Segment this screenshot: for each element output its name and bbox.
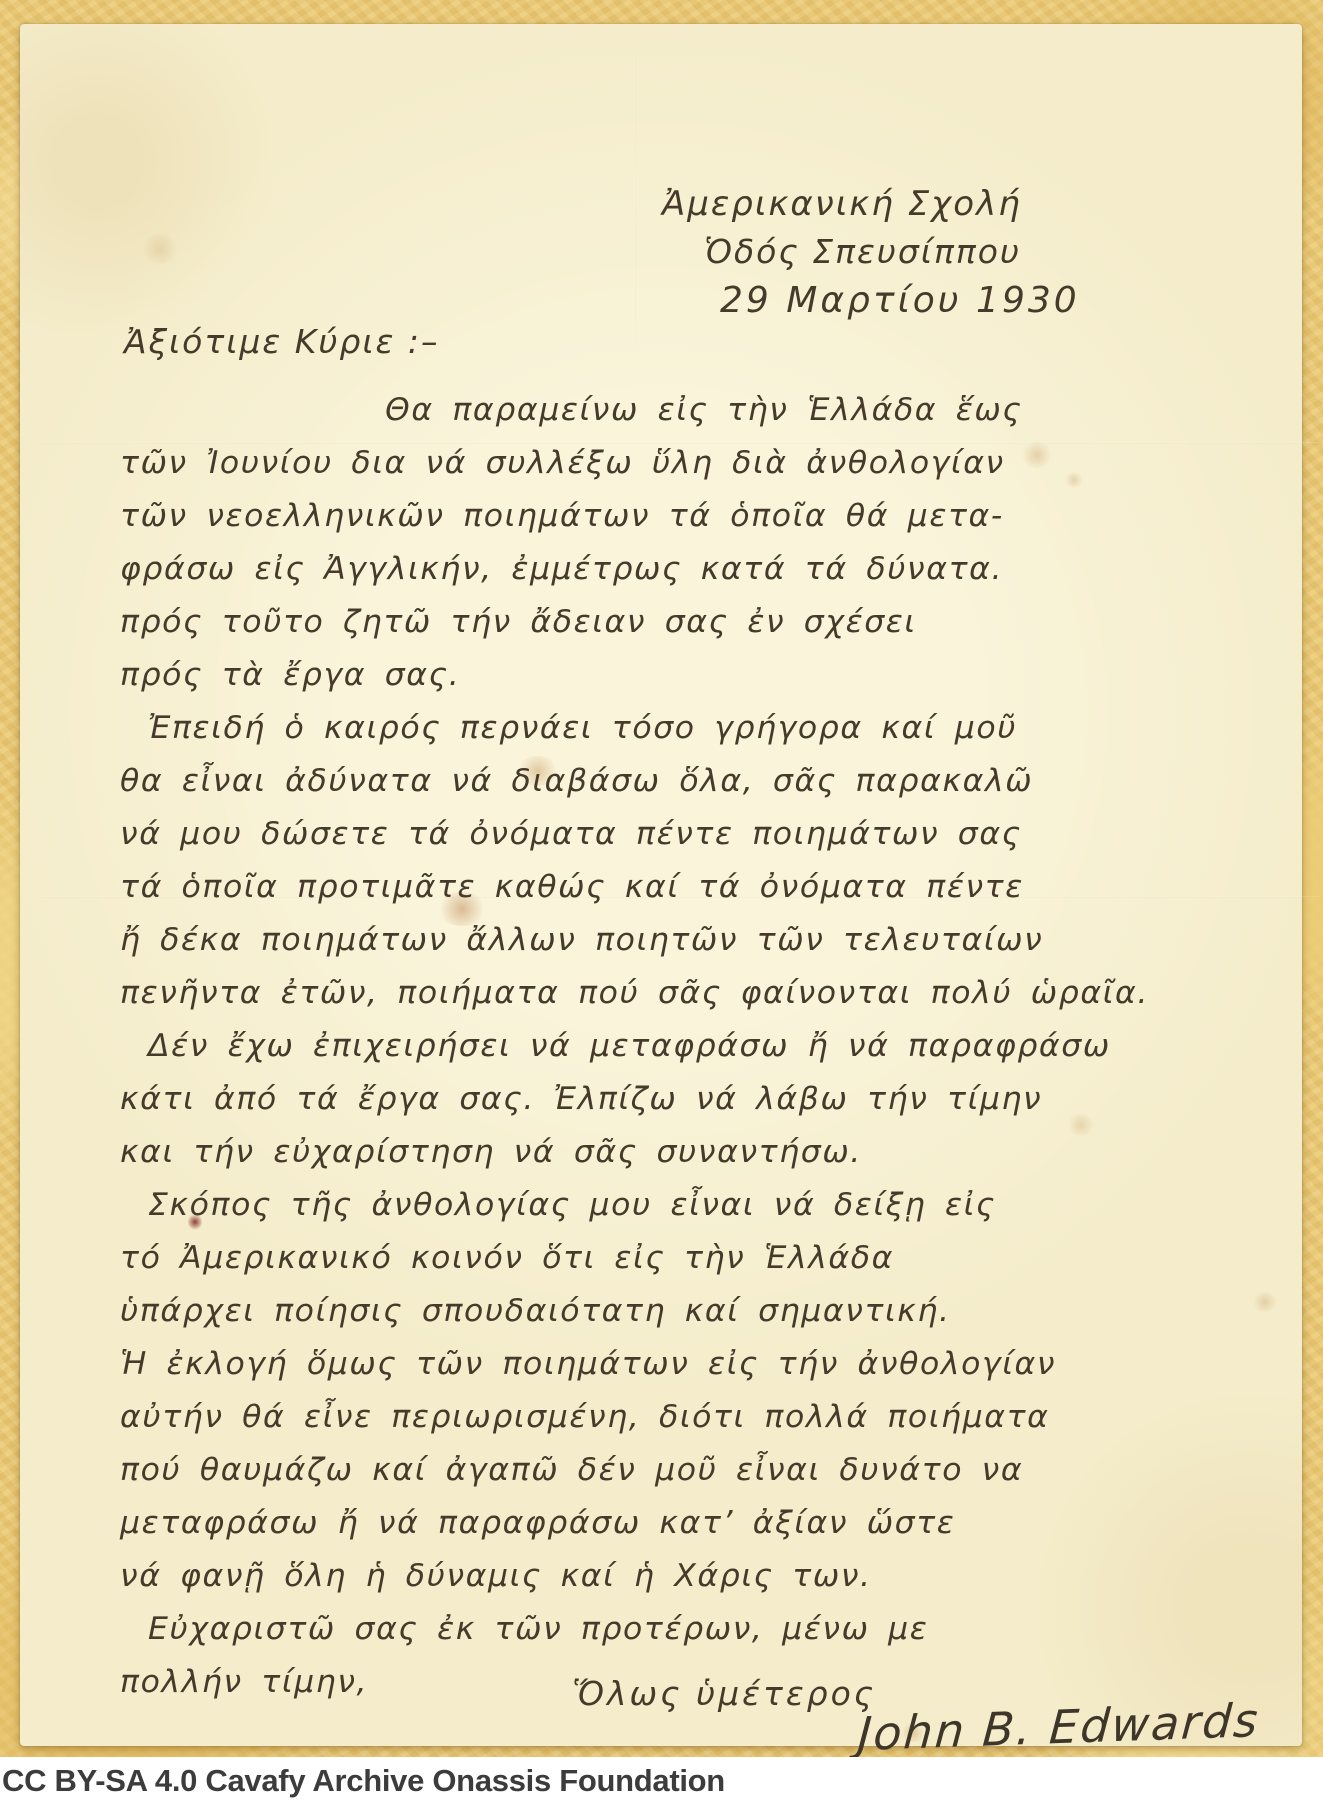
letter-line: Εὐχαριστῶ σας ἐκ τῶν προτέρων, μένω με [148, 1603, 1285, 1656]
letter-line: πενῆντα ἐτῶν, ποιήματα πού σᾶς φαίνονται… [120, 967, 1285, 1020]
letter-line: Σκόπος τῆς ἀνθολογίας μου εἶναι νά δείξῃ… [148, 1179, 1285, 1232]
letter-line: νά μου δώσετε τά ὀνόματα πέντε ποιημάτων… [120, 808, 1285, 861]
school-name: Ἀμερικανική Σχολή [662, 184, 1080, 224]
letter-line: και τήν εὐχαρίστηση νά σᾶς συναντήσω. [120, 1126, 1285, 1179]
letter-header: Ἀμερικανική Σχολή Ὁδός Σπευσίππου 29 Μαρ… [662, 184, 1080, 321]
foxing-stain [140, 234, 180, 264]
letter-line: αὐτήν θά εἶνε περιωρισμένη, διότι πολλά … [120, 1391, 1285, 1444]
letter-line: θα εἶναι ἀδύνατα νά διαβάσω ὅλα, σᾶς παρ… [120, 755, 1285, 808]
letter-date: 29 Μαρτίου 1930 [720, 280, 1080, 321]
paper-crease [634, 50, 636, 340]
letter-line: Ἐπειδή ὁ καιρός περνάει τόσο γρήγορα καί… [148, 702, 1285, 755]
closing-formula: Ὅλως ὑμέτερος [572, 1674, 876, 1713]
letter-line: φράσω εἰς Ἀγγλικήν, ἐμμέτρως κατά τά δύν… [120, 543, 1285, 596]
salutation: Ἀξιότιμε Κύριε :– [124, 322, 439, 361]
letter-line: τῶν Ἰουνίου δια νά συλλέξω ὕλη διὰ ἀνθολ… [120, 437, 1285, 490]
letter-line: τά ὁποῖα προτιμᾶτε καθώς καί τά ὀνόματα … [120, 861, 1285, 914]
letter-body: Θα παραμείνω εἰς τὴν Ἑλλάδα ἕως τῶν Ἰουν… [120, 384, 1285, 1709]
letter-line: Θα παραμείνω εἰς τὴν Ἑλλάδα ἕως [385, 384, 1285, 437]
letter-line: κάτι ἀπό τά ἔργα σας. Ἐλπίζω νά λάβω τήν… [120, 1073, 1285, 1126]
letter-line: μεταφράσω ἤ νά παραφράσω κατ’ ἀξίαν ὥστε [120, 1497, 1285, 1550]
letter-line: τῶν νεοελληνικῶν ποιημάτων τά ὁποῖα θά μ… [120, 490, 1285, 543]
letter-line: Δέν ἔχω ἐπιχειρήσει νά μεταφράσω ἤ νά πα… [148, 1020, 1285, 1073]
letter-paper: Ἀμερικανική Σχολή Ὁδός Σπευσίππου 29 Μαρ… [20, 24, 1302, 1746]
letter-line: νά φανῇ ὅλη ἡ δύναμις καί ἡ Χάρις των. [120, 1550, 1285, 1603]
letter-line: πρός τὰ ἔργα σας. [120, 649, 1285, 702]
scan-mat-background: Ἀμερικανική Σχολή Ὁδός Σπευσίππου 29 Μαρ… [0, 0, 1323, 1757]
license-bar: CC BY-SA 4.0 Cavafy Archive Onassis Foun… [0, 1757, 1323, 1808]
letter-line: ὑπάρχει ποίησις σπουδαιότατη καί σημαντι… [120, 1285, 1285, 1338]
letter-line: τό Ἀμερικανικό κοινόν ὅτι εἰς τὴν Ἑλλάδα [120, 1232, 1285, 1285]
letter-line: πού θαυμάζω καί ἀγαπῶ δέν μοῦ εἶναι δυνά… [120, 1444, 1285, 1497]
street-address: Ὁδός Σπευσίππου [704, 232, 1080, 271]
letter-line: ἤ δέκα ποιημάτων ἄλλων ποιητῶν τῶν τελευ… [120, 914, 1285, 967]
letter-line: πρός τοῦτο ζητῶ τήν ἄδειαν σας ἐν σχέσει [120, 596, 1285, 649]
license-credit: CC BY-SA 4.0 Cavafy Archive Onassis Foun… [2, 1763, 725, 1799]
letter-line: Ἡ ἐκλογή ὅμως τῶν ποιημάτων εἰς τήν ἀνθο… [120, 1338, 1285, 1391]
